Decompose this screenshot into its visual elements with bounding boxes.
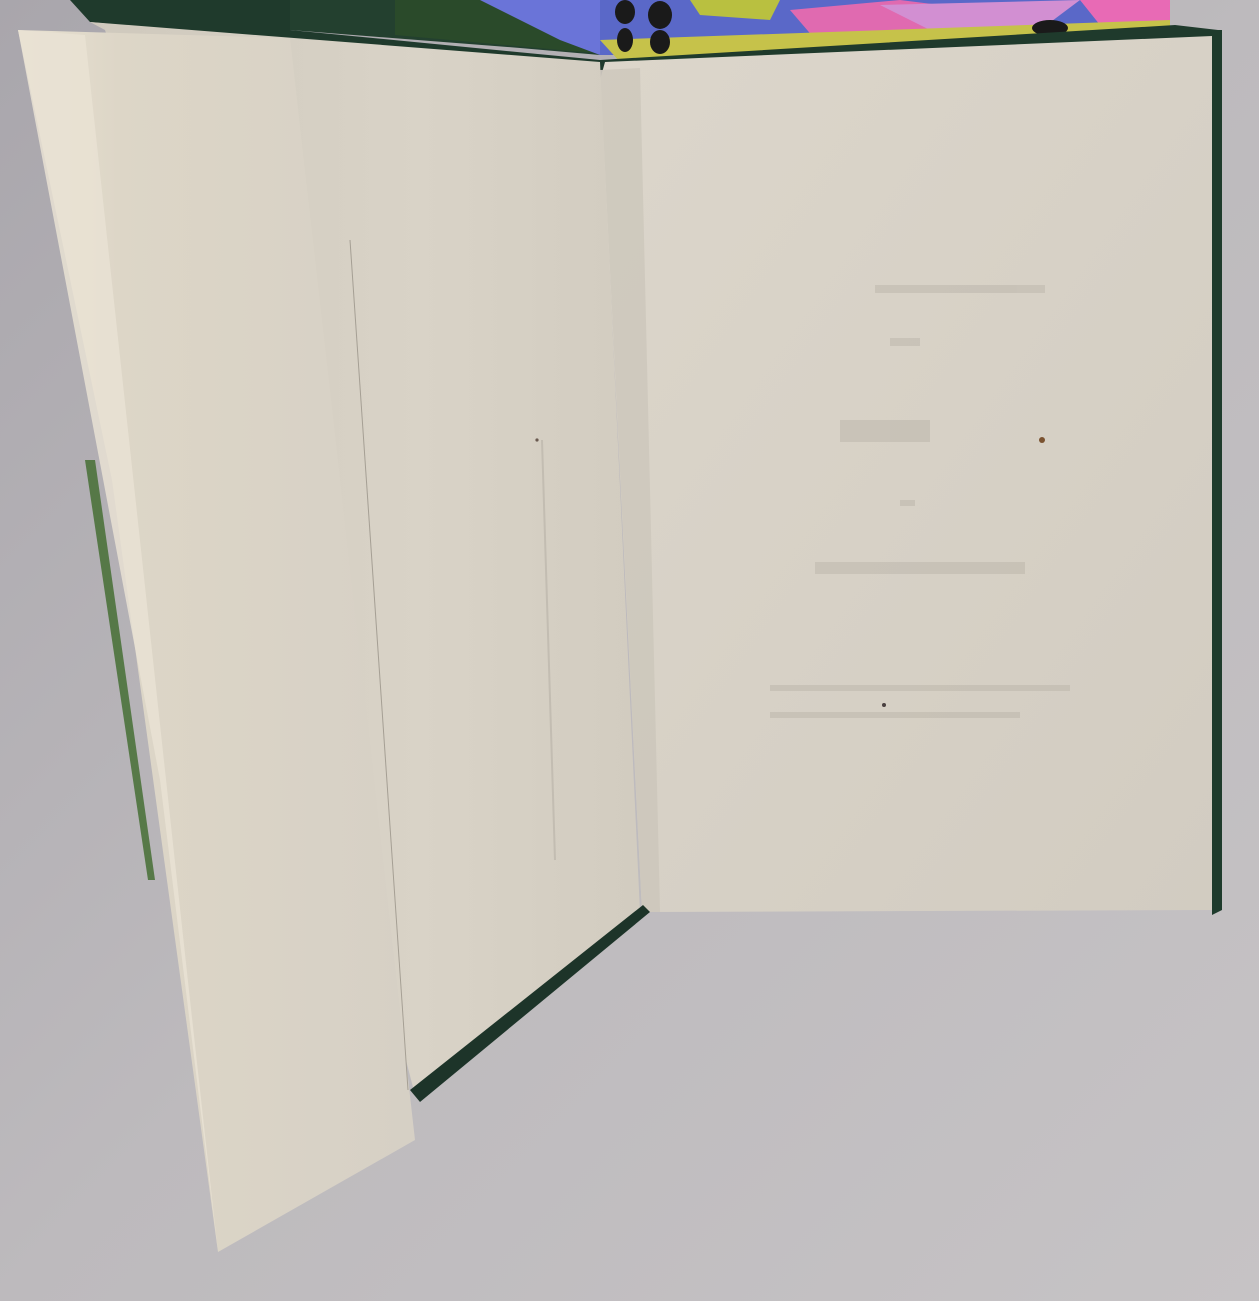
book-photo [0, 0, 1259, 1301]
title-page [600, 36, 1212, 912]
